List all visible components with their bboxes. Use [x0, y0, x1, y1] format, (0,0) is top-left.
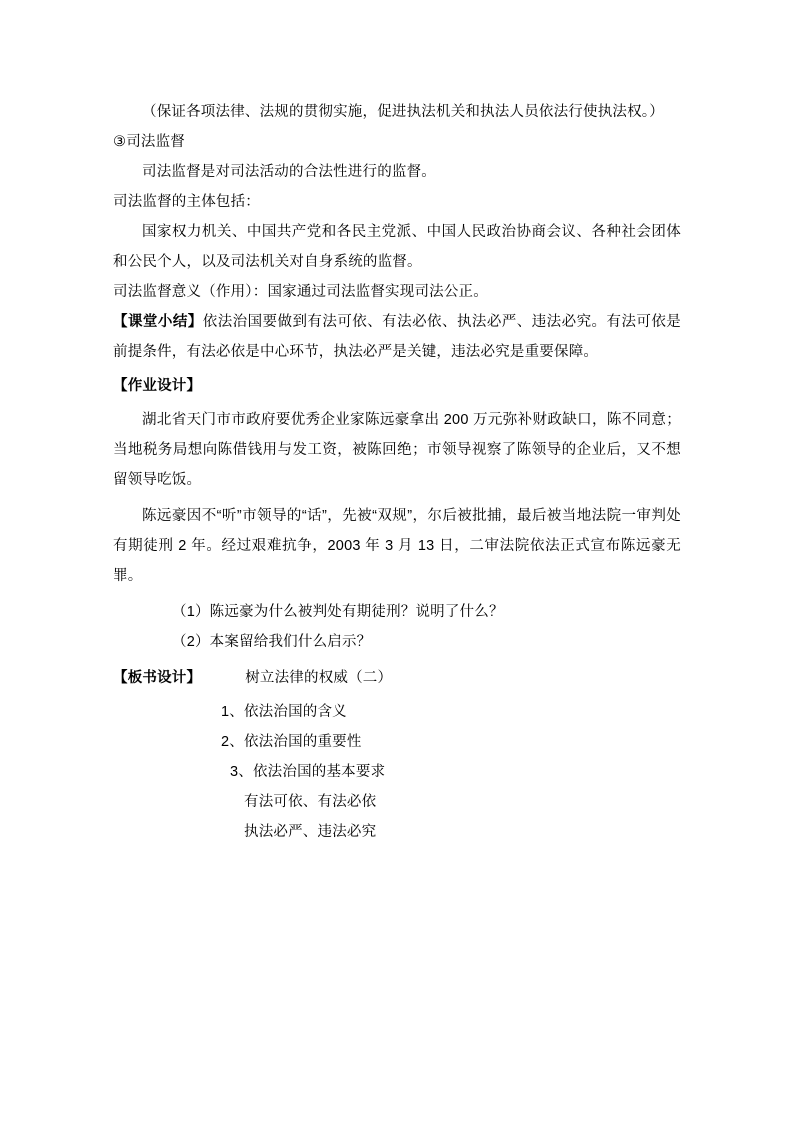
judicial-supervision-definition: 司法监督是对司法活动的合法性进行的监督。	[113, 157, 681, 187]
homework-design-label: 【作业设计】	[113, 371, 681, 401]
board-title: 树立法律的权威（二）	[245, 670, 392, 686]
document-page: （保证各项法律、法规的贯彻实施，促进执法机关和执法人员依法行使执法权。） ③司法…	[0, 0, 794, 1123]
supervision-subjects-intro: 司法监督的主体包括：	[113, 187, 681, 217]
board-design-line: 【板书设计】树立法律的权威（二）	[113, 663, 681, 693]
case-paragraph-1: 湖北省天门市市政府要优秀企业家陈远豪拿出 200 万元弥补财政缺口，陈不同意；当…	[113, 405, 681, 495]
question-1: （1）陈远豪为什么被判处有期徒刑？说明了什么？	[113, 597, 681, 627]
document-content: （保证各项法律、法规的贯彻实施，促进执法机关和执法人员依法行使执法权。） ③司法…	[113, 97, 681, 847]
board-sub-item-2: 执法必严、违法必究	[113, 817, 681, 847]
supervision-meaning: 司法监督意义（作用）：国家通过司法监督实现司法公正。	[113, 277, 681, 307]
board-sub-item-1: 有法可依、有法必依	[113, 787, 681, 817]
board-design-label: 【板书设计】	[113, 670, 201, 686]
case-paragraph-2: 陈远豪因不“听”市领导的“话”，先被“双规”，尔后被批捕，最后被当地法院一审判处…	[113, 501, 681, 591]
heading-judicial-supervision: ③司法监督	[113, 127, 681, 157]
class-summary-paragraph: 【课堂小结】依法治国要做到有法可依、有法必依、执法必严、违法必究。有法可依是前提…	[113, 307, 681, 367]
board-item-2: 2、依法治国的重要性	[113, 727, 681, 757]
supervision-subjects-paragraph: 国家权力机关、中国共产党和各民主党派、中国人民政治协商会议、各种社会团体和公民个…	[113, 217, 681, 277]
parenthetical-note: （保证各项法律、法规的贯彻实施，促进执法机关和执法人员依法行使执法权。）	[113, 97, 681, 127]
class-summary-label: 【课堂小结】	[113, 314, 203, 330]
question-2: （2）本案留给我们什么启示？	[113, 627, 681, 657]
board-item-1: 1、依法治国的含义	[113, 697, 681, 727]
board-item-3: 3、依法治国的基本要求	[113, 757, 681, 787]
